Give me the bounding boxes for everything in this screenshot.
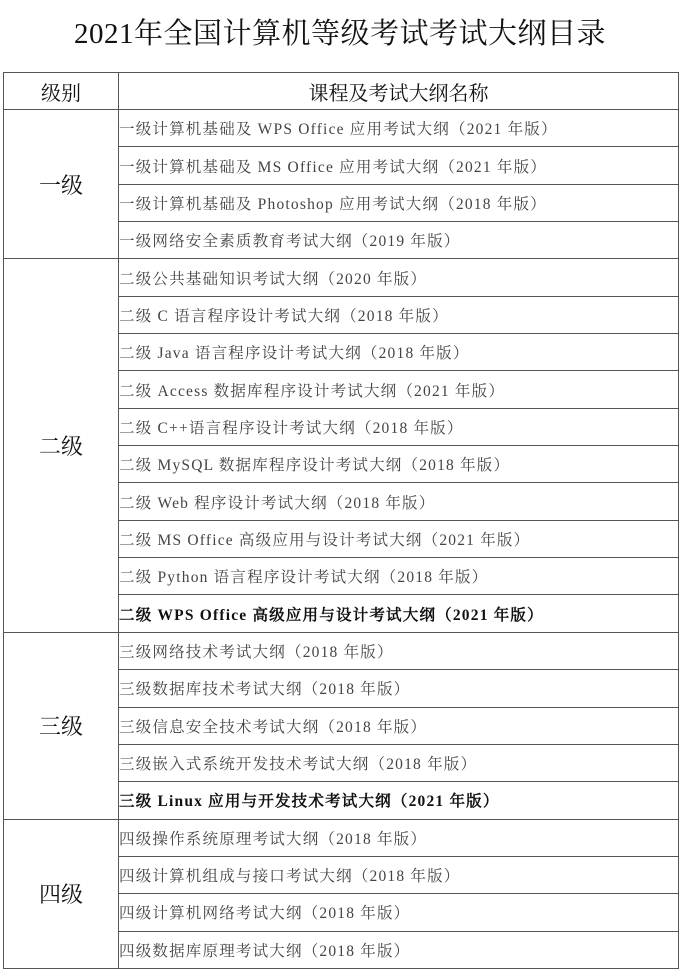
table-row: 四级 四级操作系统原理考试大纲（2018 年版） xyxy=(4,819,679,856)
syllabus-name-cell: 四级计算机网络考试大纲（2018 年版） xyxy=(119,894,679,931)
level-cell-4: 四级 xyxy=(4,819,119,968)
syllabus-name-cell: 二级 Python 语言程序设计考试大纲（2018 年版） xyxy=(119,558,679,595)
syllabus-name-cell: 二级 MySQL 数据库程序设计考试大纲（2018 年版） xyxy=(119,446,679,483)
syllabus-name-cell: 二级 C++语言程序设计考试大纲（2018 年版） xyxy=(119,408,679,445)
syllabus-name-cell: 二级 Java 语言程序设计考试大纲（2018 年版） xyxy=(119,334,679,371)
syllabus-name-cell: 二级 C 语言程序设计考试大纲（2018 年版） xyxy=(119,296,679,333)
syllabus-name-cell: 二级 Access 数据库程序设计考试大纲（2021 年版） xyxy=(119,371,679,408)
level-cell-3: 三级 xyxy=(4,632,119,819)
syllabus-name-cell: 一级计算机基础及 MS Office 应用考试大纲（2021 年版） xyxy=(119,147,679,184)
syllabus-name-cell: 二级 MS Office 高级应用与设计考试大纲（2021 年版） xyxy=(119,520,679,557)
header-course-name: 课程及考试大纲名称 xyxy=(119,73,679,110)
syllabus-name-cell-new: 三级 Linux 应用与开发技术考试大纲（2021 年版） xyxy=(119,782,679,819)
syllabus-name-cell: 四级计算机组成与接口考试大纲（2018 年版） xyxy=(119,856,679,893)
syllabus-name-cell: 三级网络技术考试大纲（2018 年版） xyxy=(119,632,679,669)
syllabus-name-cell: 三级嵌入式系统开发技术考试大纲（2018 年版） xyxy=(119,744,679,781)
syllabus-table: 级别 课程及考试大纲名称 一级 一级计算机基础及 WPS Office 应用考试… xyxy=(3,72,679,969)
table-header-row: 级别 课程及考试大纲名称 xyxy=(4,73,679,110)
header-level: 级别 xyxy=(4,73,119,110)
syllabus-name-cell: 一级计算机基础及 Photoshop 应用考试大纲（2018 年版） xyxy=(119,184,679,221)
syllabus-name-cell: 三级信息安全技术考试大纲（2018 年版） xyxy=(119,707,679,744)
syllabus-name-cell: 四级数据库原理考试大纲（2018 年版） xyxy=(119,931,679,968)
syllabus-name-cell: 二级 Web 程序设计考试大纲（2018 年版） xyxy=(119,483,679,520)
syllabus-name-cell: 一级网络安全素质教育考试大纲（2019 年版） xyxy=(119,222,679,259)
level-cell-1: 一级 xyxy=(4,110,119,259)
syllabus-name-cell-new: 二级 WPS Office 高级应用与设计考试大纲（2021 年版） xyxy=(119,595,679,632)
table-row: 三级 三级网络技术考试大纲（2018 年版） xyxy=(4,632,679,669)
syllabus-name-cell: 二级公共基础知识考试大纲（2020 年版） xyxy=(119,259,679,296)
table-row: 一级 一级计算机基础及 WPS Office 应用考试大纲（2021 年版） xyxy=(4,110,679,147)
table-row: 二级 二级公共基础知识考试大纲（2020 年版） xyxy=(4,259,679,296)
syllabus-name-cell: 三级数据库技术考试大纲（2018 年版） xyxy=(119,670,679,707)
document-title: 2021年全国计算机等级考试考试大纲目录 xyxy=(0,14,680,54)
level-cell-2: 二级 xyxy=(4,259,119,632)
syllabus-name-cell: 一级计算机基础及 WPS Office 应用考试大纲（2021 年版） xyxy=(119,110,679,147)
syllabus-name-cell: 四级操作系统原理考试大纲（2018 年版） xyxy=(119,819,679,856)
